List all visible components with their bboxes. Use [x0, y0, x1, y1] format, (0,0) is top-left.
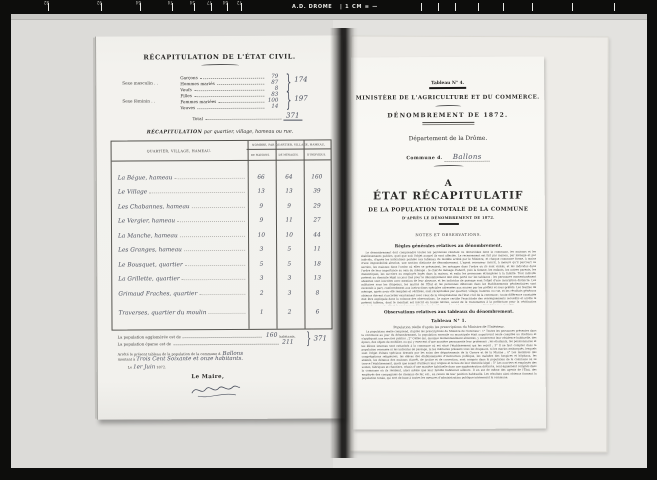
eparse-label: La population éparse est de	[118, 341, 172, 346]
row-maisons: 9	[247, 218, 275, 224]
microfilm-scan-viewer: 82 92 64 74 54 77 64 72 A.D. DROME | 1 C…	[0, 0, 657, 480]
tableau1-text-block: La population réelle comprend, d'après l…	[361, 330, 536, 387]
sexe-masculin-label: Sexe masculin . .	[122, 80, 172, 85]
row-name: La Bégue, hameau	[118, 175, 173, 181]
population-eparse-line: La population éparse est de 211	[118, 339, 296, 347]
commune-line: Commune d. Ballons	[352, 152, 545, 161]
female-total: 197	[294, 95, 307, 103]
left-page: RÉCAPITULATION DE L'ÉTAT CIVIL. Sexe mas…	[95, 35, 345, 419]
mayor-signature	[190, 382, 242, 400]
row-name: Traverses, quartier du moulin	[118, 310, 206, 316]
subheader-individus: D'INDIVIDUS.	[303, 149, 331, 159]
section-letter: A	[352, 178, 545, 189]
quartier-recap-title-strong: RÉCAPITULATION	[147, 129, 203, 135]
ruler-tick-label: 64	[223, 0, 228, 5]
agglo-label: La population agglomérée est de	[118, 334, 181, 339]
row-individus: 8	[303, 290, 331, 296]
regles-text-block: Le dénombrement doit comprendre toutes l…	[361, 251, 536, 306]
row-name: La Grillette, quartier	[118, 276, 179, 282]
row-individus: 160	[303, 174, 331, 180]
row-individus: 27	[303, 217, 331, 223]
departement-line: Département de la Drôme.	[351, 135, 544, 142]
row-individus: 11	[303, 246, 331, 252]
female-rows: Filles 83 Femmes mariées 100 Veuves 14	[180, 92, 278, 111]
date-line: Le 1er Juin 1872.	[128, 363, 330, 370]
row-individus: 13	[303, 275, 331, 281]
dot-leader	[199, 293, 246, 294]
row-menages: 13	[275, 189, 303, 195]
population-total-value: 371	[314, 334, 327, 342]
date-printed: Le	[128, 365, 132, 369]
ruler-tick	[532, 3, 533, 11]
etat-subtitle-1: DE LA POPULATION TOTALE DE LA COMMUNE	[352, 206, 545, 213]
dot-leader	[184, 250, 246, 251]
row-maisons: 5	[248, 261, 276, 267]
agglo-value: 160	[266, 332, 277, 339]
row-individus: 44	[303, 232, 331, 238]
civil-total-line: Total 371	[192, 112, 302, 122]
row-maisons: 66	[247, 174, 275, 180]
row-menages: 2	[276, 310, 304, 316]
row-name: La Manche, hameau	[118, 233, 178, 239]
handwritten-brace: }	[286, 90, 292, 110]
archive-label: A.D. DROME	[292, 4, 332, 10]
row-maisons: 1	[248, 310, 276, 316]
scale-label: | 1 CM ≡ —	[340, 4, 378, 10]
dot-leader	[177, 221, 245, 222]
film-border-left	[0, 14, 11, 468]
dot-leader	[197, 108, 264, 109]
total-value: 371	[283, 112, 302, 121]
eparse-value: 211	[282, 339, 293, 346]
row-name: Grimaud Fraches, quartier	[118, 291, 197, 297]
notes-observations-header: NOTES ET OBSERVATIONS.	[352, 231, 545, 237]
ruler-tick	[455, 3, 456, 11]
film-edge-strip	[0, 14, 657, 20]
flourish-divider	[435, 105, 461, 108]
ruler-tick	[478, 3, 479, 11]
table-row: La Grillette, quartier 3 3 13	[112, 267, 331, 283]
dot-leader	[205, 119, 281, 120]
subheader-maisons: DE MAISONS.	[246, 150, 274, 160]
etat-recapitulatif-title: ÉTAT RÉCAPITULATIF	[352, 189, 545, 202]
commune-handwritten: Ballons	[445, 153, 490, 162]
row-individus: 39	[303, 188, 331, 194]
row-individus: 18	[303, 261, 331, 267]
group-header: NOMBRE, PAR QUARTIER, VILLAGE, HAMEAU,	[246, 140, 330, 149]
dot-leader	[149, 192, 245, 194]
handwritten-brace: }	[306, 331, 311, 347]
civil-row-label: Garçons	[180, 75, 198, 80]
row-menages: 64	[275, 174, 303, 180]
table-body: La Bégue, hameau 66 64 160 Le Village 13…	[112, 160, 332, 316]
tableau-number: Tableau N° 4.	[351, 80, 544, 86]
table-row: Le Village 13 13 39	[112, 180, 331, 196]
table-row: Les Chabannes, hameau 9 9 29	[112, 194, 331, 210]
ruler-tick-label: 64	[136, 0, 141, 5]
civil-row-label: Femmes mariées	[180, 99, 216, 104]
row-name: Les Chabannes, hameau	[118, 204, 190, 210]
ruler-tick-label: 82	[44, 0, 49, 5]
commune-label: Commune d.	[406, 156, 442, 161]
denombrement-title: DÉNOMBREMENT DE 1872.	[351, 111, 544, 119]
regles-generales-header: Règles générales relatives au dénombreme…	[352, 242, 545, 248]
row-menages: 11	[275, 218, 303, 224]
row-name: Les Granges, hameau	[118, 247, 182, 253]
ruler-tick	[421, 3, 422, 11]
film-border-right	[647, 14, 657, 468]
row-menages: 5	[275, 247, 303, 253]
subheader-menages: DE MÉNAGES.	[274, 150, 302, 160]
civil-row-label: Hommes mariés	[180, 81, 215, 86]
tableau1-text: La population réelle comprend, d'après l…	[361, 330, 536, 381]
row-maisons: 9	[247, 203, 275, 209]
row-maisons: 3	[247, 247, 275, 253]
col-group-nombre: NOMBRE, PAR QUARTIER, VILLAGE, HAMEAU, D…	[246, 140, 330, 159]
rule-divider	[422, 122, 474, 125]
film-ruler-bar: 82 92 64 74 54 77 64 72 A.D. DROME | 1 C…	[0, 0, 657, 14]
ruler-tick-label: 74	[168, 0, 173, 5]
row-maisons: 10	[247, 232, 275, 238]
flourish-divider	[433, 165, 463, 168]
total-label: Total	[192, 116, 203, 121]
arrete-line: Arrêté le présent tableau de la populati…	[118, 351, 318, 362]
quartier-recap-title-rest: par quartier, village, hameau ou rue.	[202, 130, 293, 135]
etat-subtitle-2: D'APRÈS LE DÉNOMBREMENT DE 1872.	[352, 215, 545, 220]
table-header: QUARTIER, VILLAGE, HAMEAU. NOMBRE, PAR Q…	[112, 140, 331, 161]
ornament-rule	[438, 223, 458, 225]
row-maisons: 3	[248, 276, 276, 282]
row-menages: 3	[276, 276, 304, 282]
regles-text: Le dénombrement doit comprendre toutes l…	[361, 251, 536, 306]
row-name: Le Vergier, hameau	[118, 218, 175, 224]
civil-row-value: 14	[266, 104, 278, 110]
ruler-tick-label: 92	[97, 0, 102, 5]
table-row: Traverses, quartier du moulin 1 2 6	[112, 301, 331, 317]
ruler-tick-label: 72	[237, 0, 242, 5]
row-menages: 9	[275, 203, 303, 209]
row-individus: 29	[303, 203, 331, 209]
date-handwritten: 1er Juin	[133, 364, 155, 370]
dot-leader	[174, 177, 245, 178]
dot-leader	[180, 235, 246, 236]
maire-label: Le Maire,	[118, 374, 298, 381]
ruler-tick-label: 77	[207, 0, 212, 5]
row-menages: 5	[275, 261, 303, 267]
book-gutter-shadow	[330, 28, 358, 458]
ruler-tick	[614, 3, 615, 11]
etat-civil-title: RÉCAPITULATION DE L'ÉTAT CIVIL.	[96, 52, 343, 61]
dot-leader	[182, 279, 246, 280]
quartier-table: QUARTIER, VILLAGE, HAMEAU. NOMBRE, PAR Q…	[111, 139, 333, 330]
table-row: La Manche, hameau 10 10 44	[112, 223, 331, 239]
montant-printed: montant à	[118, 357, 136, 361]
dot-leader	[208, 313, 245, 314]
civil-row: Veuves 14	[180, 104, 278, 111]
montant-handwritten: Trois Cent Soixante et onze habitants.	[136, 356, 243, 363]
civil-row-label: Veuves	[180, 105, 195, 110]
row-menages: 3	[276, 290, 304, 296]
table-row: La Bégue, hameau 66 64 160	[112, 165, 331, 181]
quartier-recap-title: RÉCAPITULATION par quartier, village, ha…	[96, 128, 343, 135]
observations-header: Observations relatives aux tableaux du d…	[352, 308, 545, 314]
table-row: Les Granges, hameau 3 5 11	[112, 238, 331, 254]
form-sheet: Tableau N° 4. MINISTÈRE DE L'AGRICULTURE…	[351, 56, 546, 429]
tableau-number-text: Tableau N° 4.	[429, 81, 466, 89]
flourish-divider	[201, 64, 239, 67]
dot-leader	[173, 344, 278, 346]
male-rows: Garçons 79 Hommes mariés 87 Veufs 8	[180, 74, 278, 93]
row-name: Le Village	[118, 189, 147, 195]
civil-row-label: Filles	[180, 93, 192, 98]
dot-leader	[192, 206, 246, 207]
row-name: Le Bousquet, quartier	[118, 262, 183, 268]
date-year: 1872.	[156, 365, 166, 369]
ruler-tick	[572, 3, 573, 11]
ruler-tick	[438, 3, 439, 11]
etat-civil-block: Sexe masculin . . Sexe féminin . . Garço…	[122, 71, 322, 72]
ministry-title: MINISTÈRE DE L'AGRICULTURE ET DU COMMERC…	[351, 94, 544, 101]
row-maisons: 13	[247, 189, 275, 195]
tableau1-header: Tableau N° 1.	[352, 317, 545, 323]
row-menages: 10	[275, 232, 303, 238]
table-row: Le Bousquet, quartier 5 5 18	[112, 252, 331, 268]
dot-leader	[185, 264, 246, 265]
row-individus: 6	[304, 309, 332, 315]
ruler-tick-label: 54	[190, 0, 195, 5]
male-total: 174	[294, 76, 307, 84]
sexe-feminin-label: Sexe féminin . .	[122, 98, 172, 103]
col-header-quartier: QUARTIER, VILLAGE, HAMEAU.	[112, 141, 247, 161]
row-maisons: 2	[248, 290, 276, 296]
table-row: Grimaud Fraches, quartier 2 3 8	[112, 281, 331, 297]
film-border-bottom	[0, 468, 657, 480]
table-row: Le Vergier, hameau 9 11 27	[112, 209, 331, 225]
ruler-tick	[503, 3, 504, 11]
population-summary: La population agglomérée est de 160 habi…	[118, 331, 330, 401]
